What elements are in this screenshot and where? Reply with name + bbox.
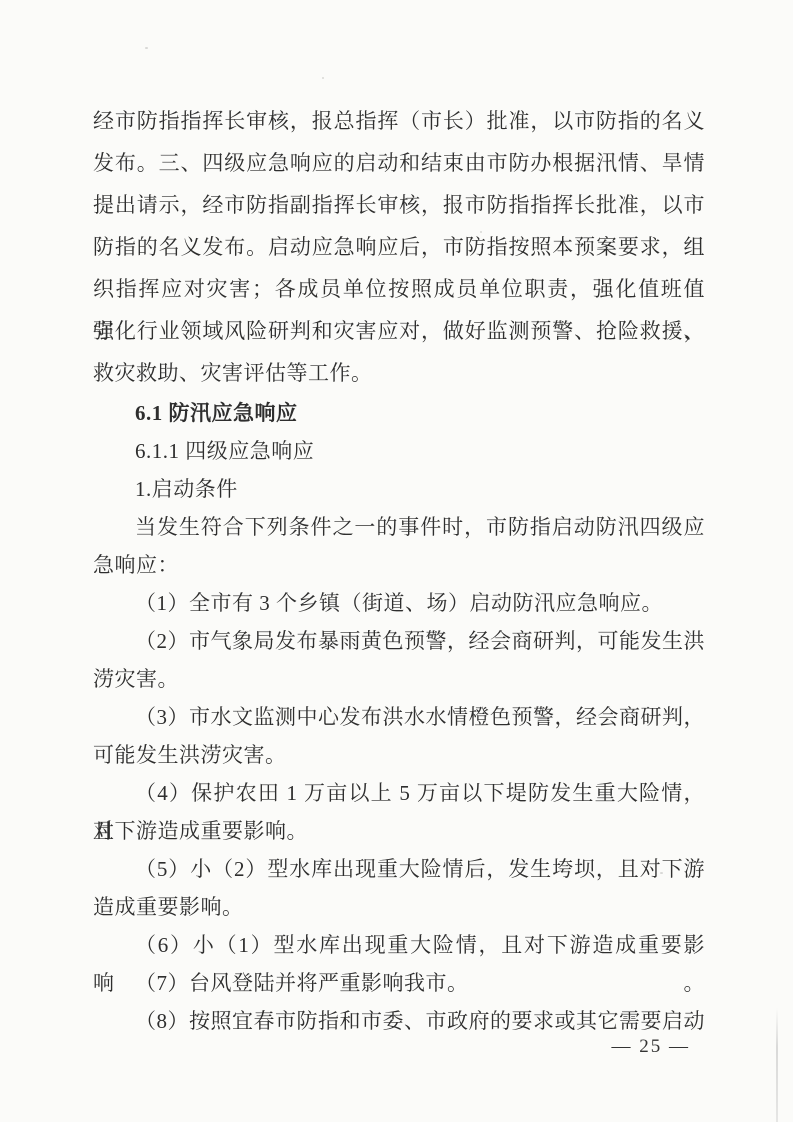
scan-speck	[480, 231, 482, 233]
text-line: 提出请示，经市防指副指挥长审核，报市防指指挥长批准，以市	[93, 184, 705, 226]
document-body: 经市防指指挥长审核，报总指挥（市长）批准，以市防指的名义发布。三、四级应急响应的…	[93, 100, 705, 1040]
text-line: 造成重要影响。	[93, 888, 705, 926]
text-line: （2）市气象局发布暴雨黄色预警，经会商研判，可能发生洪	[93, 622, 705, 660]
text-line: （6）小（1）型水库出现重大险情，且对下游造成重要影响。	[93, 926, 705, 964]
text-line: （5）小（2）型水库出现重大险情后，发生垮坝，且对下游	[93, 850, 705, 888]
text-line: 防指的名义发布。启动应急响应后，市防指按照本预案要求，组	[93, 226, 705, 268]
text-line: （8）按照宜春市防指和市委、市政府的要求或其它需要启动	[93, 1002, 705, 1040]
text-line: 6.1.1 四级应急响应	[93, 432, 705, 470]
text-line: 对下游造成重要影响。	[93, 812, 705, 850]
document-page: 经市防指指挥长审核，报总指挥（市长）批准，以市防指的名义发布。三、四级应急响应的…	[0, 0, 793, 1122]
text-line: （3）市水文监测中心发布洪水水情橙色预警，经会商研判，	[93, 698, 705, 736]
text-line: 当发生符合下列条件之一的事件时，市防指启动防汛四级应	[93, 508, 705, 546]
text-line: 织指挥应对灾害；各成员单位按照成员单位职责，强化值班值守，	[93, 268, 705, 310]
text-line: （4）保护农田 1 万亩以上 5 万亩以下堤防发生重大险情，且	[93, 774, 705, 812]
text-line: （1）全市有 3 个乡镇（街道、场）启动防汛应急响应。	[93, 584, 705, 622]
text-line: 强化行业领域风险研判和灾害应对，做好监测预警、抢险救援、	[93, 310, 705, 352]
text-line: 1.启动条件	[93, 470, 705, 508]
text-line: 发布。三、四级应急响应的启动和结束由市防办根据汛情、旱情	[93, 142, 705, 184]
scan-artifact-line	[776, 1008, 778, 1122]
text-line: 急响应：	[93, 546, 705, 584]
page-number: — 25 —	[612, 1036, 691, 1057]
text-line: 涝灾害。	[93, 660, 705, 698]
scan-speck	[145, 47, 148, 49]
scan-speck	[322, 77, 324, 79]
page-footer: — 25 —	[0, 1036, 793, 1058]
text-line: 经市防指指挥长审核，报总指挥（市长）批准，以市防指的名义	[93, 100, 705, 142]
scan-speck	[660, 872, 663, 874]
text-line: 救灾救助、灾害评估等工作。	[93, 352, 705, 394]
text-line: 6.1 防汛应急响应	[93, 394, 705, 432]
text-line: 可能发生洪涝灾害。	[93, 736, 705, 774]
